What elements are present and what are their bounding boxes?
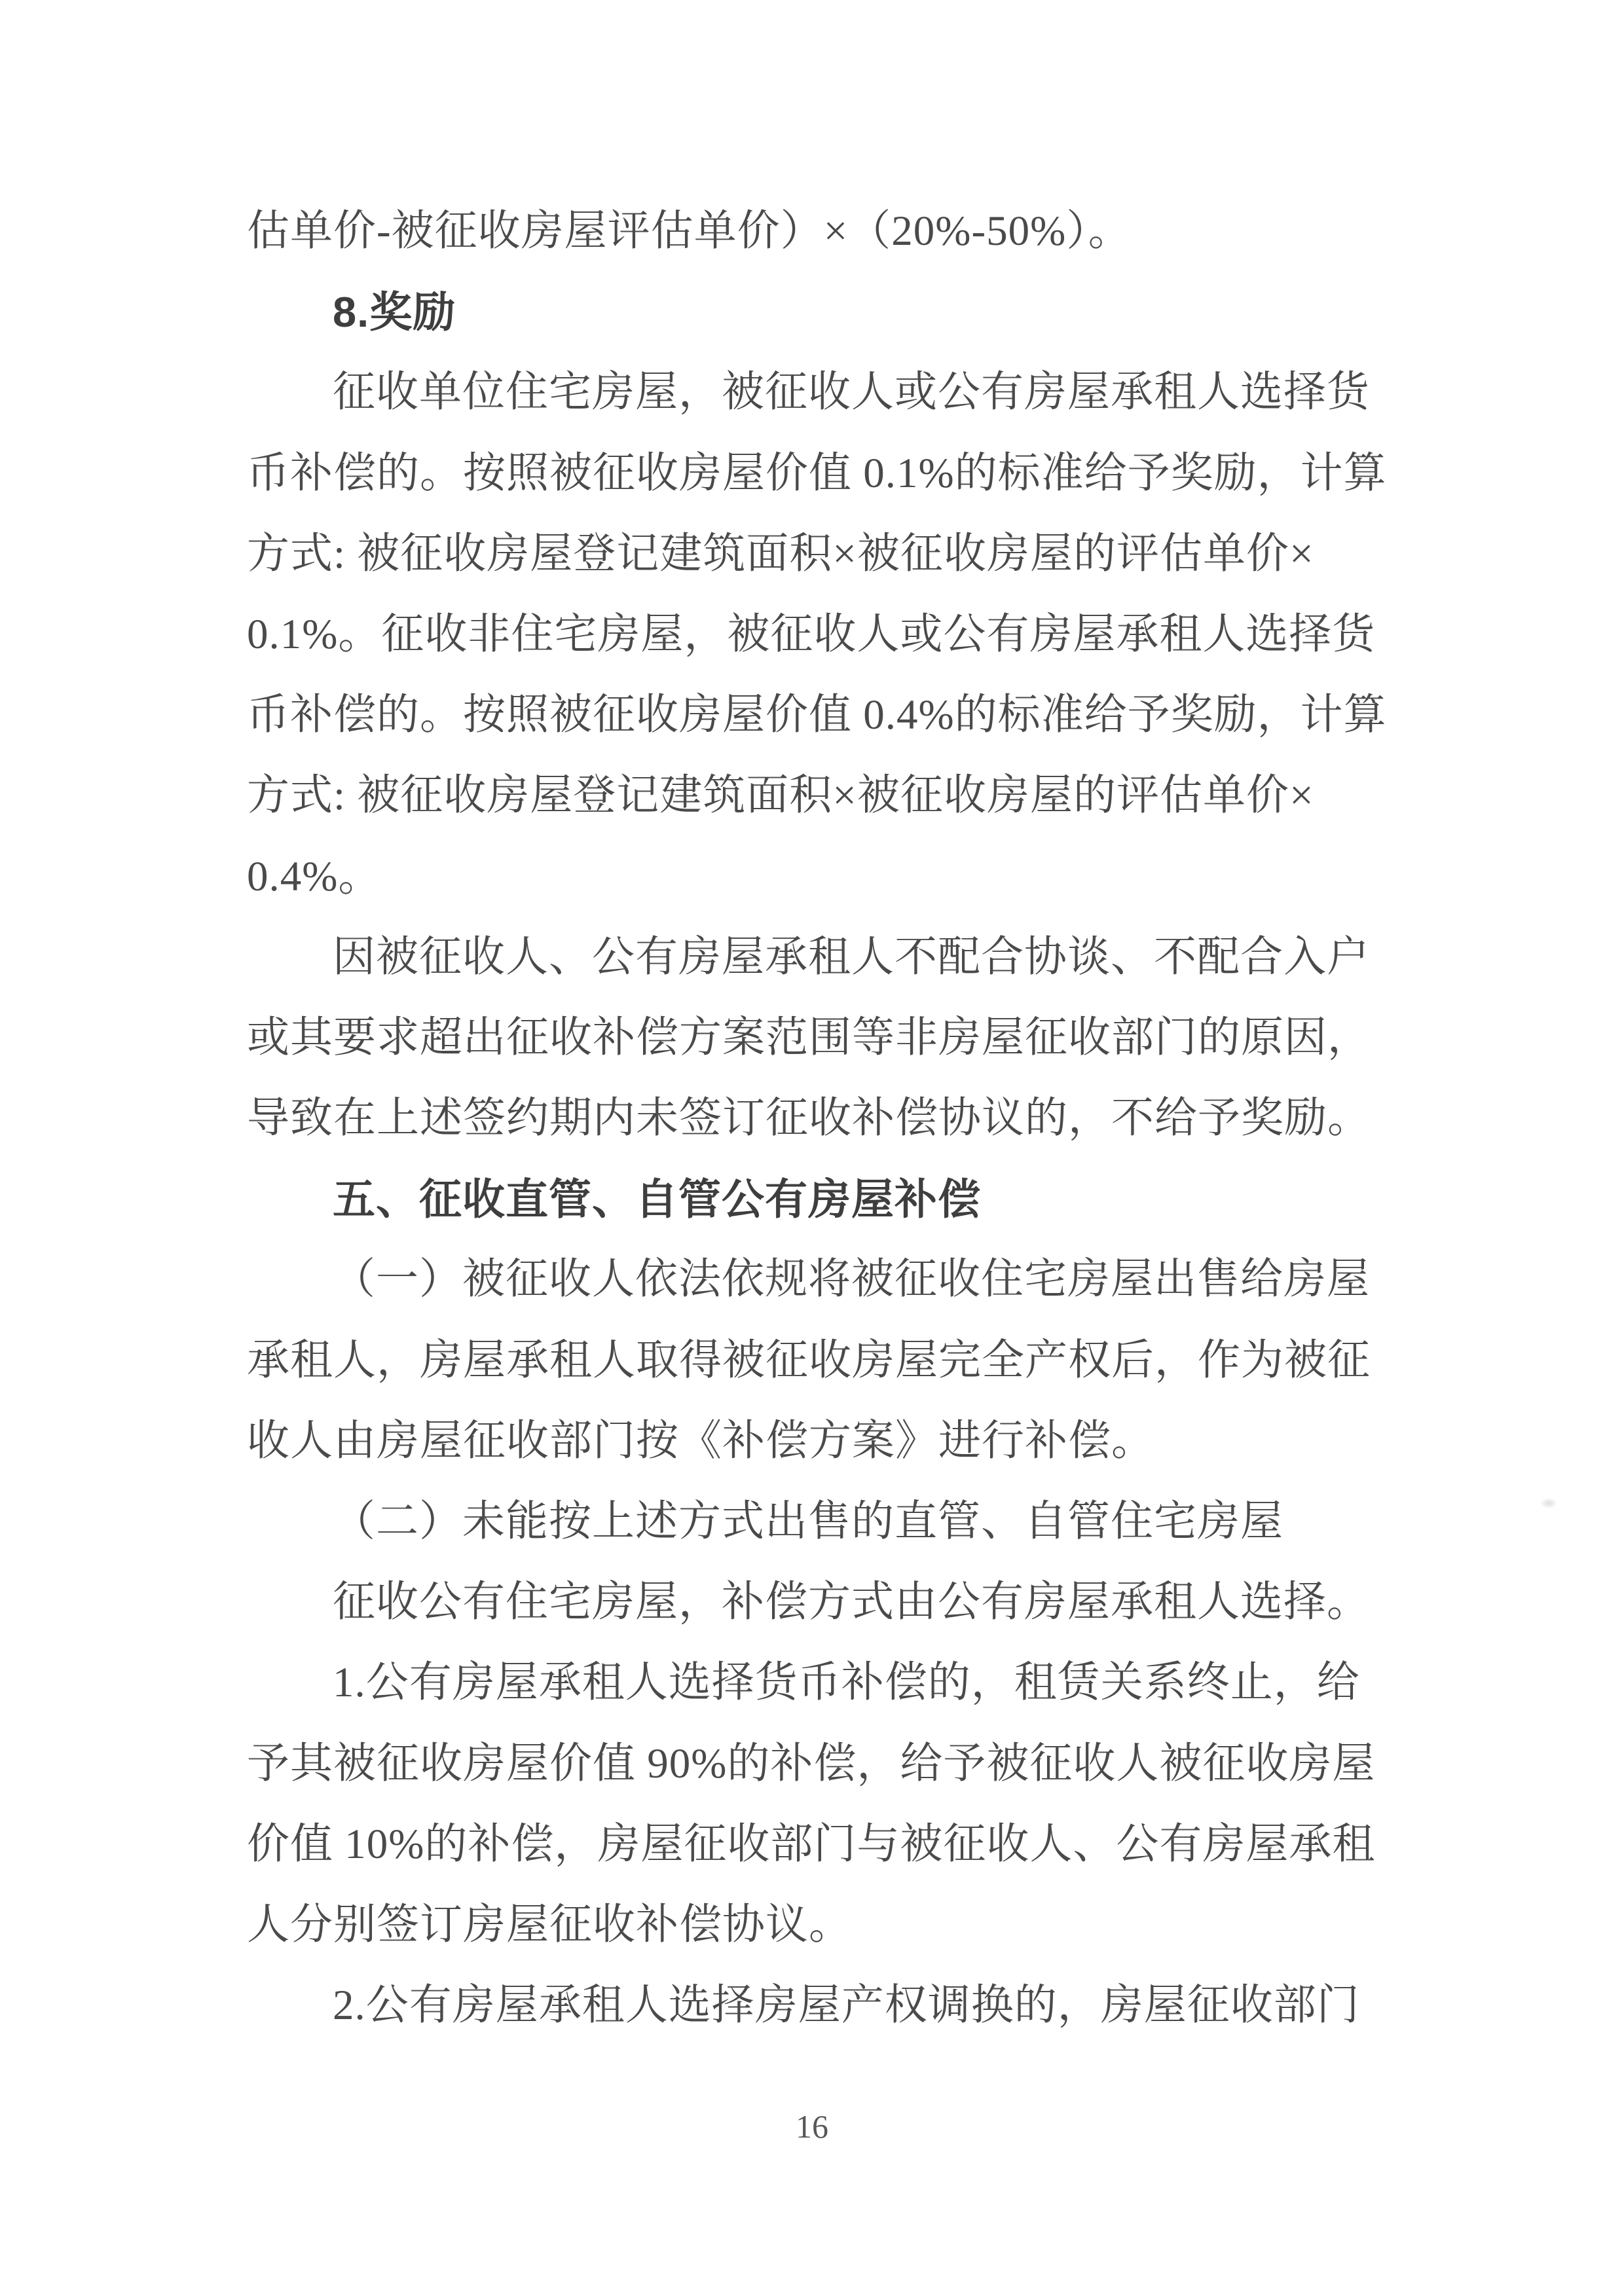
text-line: 0.1%。征收非住宅房屋，被征收人或公有房屋承租人选择货: [247, 594, 1399, 675]
text-line-item-one-start: （一）被征收人依法依规将被征收住宅房屋出售给房屋: [247, 1239, 1399, 1320]
text-line: 征收公有住宅房屋，补偿方式由公有房屋承租人选择。: [247, 1562, 1399, 1643]
text-line: 方式: 被征收房屋登记建筑面积×被征收房屋的评估单价×: [247, 514, 1399, 594]
text-line-paragraph-start: 因被征收人、公有房屋承租人不配合协谈、不配合入户: [247, 917, 1399, 998]
text-line: 或其要求超出征收补偿方案范围等非房屋征收部门的原因，: [247, 998, 1399, 1078]
document-page: 估单价-被征收房屋评估单价）×（20%-50%）。 8.奖励 征收单位住宅房屋，…: [0, 0, 1624, 2296]
text-line-paragraph-start: 征收单位住宅房屋，被征收人或公有房屋承租人选择货: [247, 352, 1399, 433]
page-number: 16: [0, 2107, 1624, 2146]
text-line-paragraph-end: 人分别签订房屋征收补偿协议。: [247, 1885, 1399, 1965]
document-body: 估单价-被征收房屋评估单价）×（20%-50%）。 8.奖励 征收单位住宅房屋，…: [247, 191, 1399, 2046]
text-line: 币补偿的。按照被征收房屋价值 0.4%的标准给予奖励，计算: [247, 675, 1399, 756]
text-line-item-two-start: （二）未能按上述方式出售的直管、自管住宅房屋: [247, 1482, 1399, 1562]
section-heading-5-public-housing: 五、征收直管、自管公有房屋补偿: [247, 1159, 1399, 1239]
text-line-paragraph-end: 导致在上述签约期内未签订征收补偿协议的，不给予奖励。: [247, 1078, 1399, 1159]
text-line-paragraph-end: 收人由房屋征收部门按《补偿方案》进行补偿。: [247, 1401, 1399, 1482]
scan-smudge: [1540, 1498, 1557, 1508]
text-line-subitem-1-start: 1.公有房屋承租人选择货币补偿的，租赁关系终止，给: [247, 1643, 1399, 1723]
text-line-subitem-2-start: 2.公有房屋承租人选择房屋产权调换的，房屋征收部门: [247, 1965, 1399, 2046]
section-heading-8-reward: 8.奖励: [247, 272, 1399, 352]
text-line-paragraph-end: 0.4%。: [247, 837, 1399, 917]
text-line: 方式: 被征收房屋登记建筑面积×被征收房屋的评估单价×: [247, 756, 1399, 836]
text-line-formula-tail: 估单价-被征收房屋评估单价）×（20%-50%）。: [247, 191, 1399, 272]
text-line: 价值 10%的补偿，房屋征收部门与被征收人、公有房屋承租: [247, 1804, 1399, 1885]
text-line: 承租人，房屋承租人取得被征收房屋完全产权后，作为被征: [247, 1321, 1399, 1401]
text-line: 币补偿的。按照被征收房屋价值 0.1%的标准给予奖励，计算: [247, 433, 1399, 514]
text-line: 予其被征收房屋价值 90%的补偿，给予被征收人被征收房屋: [247, 1724, 1399, 1804]
